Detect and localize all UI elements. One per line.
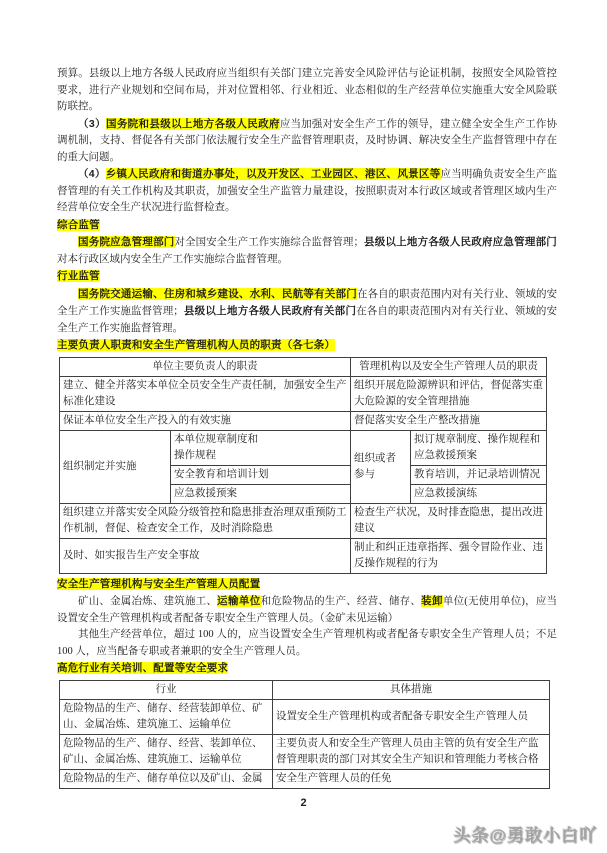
table-cell: 危险物品的生产、储存、经营、装卸单位、矿山、金属冶炼、建筑施工、运输单位 bbox=[60, 734, 273, 769]
highlighted-text-run: 国务院和县级以上地方各级人民政府 bbox=[106, 118, 280, 130]
section-heading: 高危行业有关培训、配置等安全要求 bbox=[57, 660, 557, 678]
duties-table: 单位主要负责人的职责管理机构以及安全生产管理人员的职责建立、健全并落实本单位全员… bbox=[59, 357, 547, 574]
table-cell: 教育培训，并记录培训情况 bbox=[411, 465, 547, 484]
highlighted-text-run: 安全生产管理机构与安全生产管理人员配置 bbox=[57, 578, 260, 590]
table-cell: 制止和纠正违章指挥、强令冒险作业、违反操作规程的行为 bbox=[351, 538, 547, 573]
table-cell: 应急救援演练 bbox=[411, 484, 547, 503]
paragraph: （4）乡镇人民政府和街道办事处，以及开发区、工业园区、港区、风景区等应当明确负责… bbox=[57, 166, 557, 217]
table-header-cell: 单位主要负责人的职责 bbox=[60, 357, 351, 376]
table-row: 及时、如实报告生产安全事故制止和纠正违章指挥、强令冒险作业、违反操作规程的行为 bbox=[60, 538, 547, 573]
table-row: 建立、健全并落实本单位全员安全生产责任制，加强安全生产标准化建设组织开展危险源辨… bbox=[60, 376, 547, 411]
table-header-cell: 行业 bbox=[60, 680, 273, 699]
paragraph: 其他生产经营单位，超过 100 人的，应当设置安全生产管理机构或者配备专职安全生… bbox=[57, 627, 557, 660]
highlighted-text-run: 高危行业有关培训、配置等安全要求 bbox=[57, 662, 228, 674]
high-risk-table: 行业具体措施危险物品的生产、储存、经营装卸单位、矿山、金属冶炼、建筑施工、运输单… bbox=[59, 680, 550, 789]
table-cell: 安全生产管理人员的任免 bbox=[273, 769, 550, 788]
table-cell: 安全教育和培训计划 bbox=[171, 465, 351, 484]
bold-text-run: 县级以上地方各级人民政府应急管理部门 bbox=[364, 236, 557, 248]
paragraph: 国务院应急管理部门对全国安全生产工作实施综合监督管理；县级以上地方各级人民政府应… bbox=[57, 234, 557, 268]
table-cell: 建立、健全并落实本单位全员安全生产责任制，加强安全生产标准化建设 bbox=[60, 376, 351, 411]
page-number: 2 bbox=[0, 797, 607, 809]
paragraph: 国务院交通运输、住房和城乡建设、水利、民航等有关部门在各自的职责范围内对有关行业… bbox=[57, 286, 557, 338]
table-row: 组织建立并落实安全风险分级管控和隐患排查治理双重预防工作机制，督促、检查安全工作… bbox=[60, 503, 547, 538]
table-cell: 组织制定并实施 bbox=[60, 430, 171, 503]
duties-table-wrap: 单位主要负责人的职责管理机构以及安全生产管理人员的职责建立、健全并落实本单位全员… bbox=[59, 357, 557, 574]
table-row: 危险物品的生产、储存单位以及矿山、金属安全生产管理人员的任免 bbox=[60, 769, 550, 788]
section-heading: 安全生产管理机构与安全生产管理人员配置 bbox=[57, 576, 557, 594]
bold-text-run: （3） bbox=[78, 118, 106, 130]
highlighted-text-run: 国务院交通运输、住房和城乡建设、水利、民航等有关部门 bbox=[78, 288, 357, 300]
table-cell: 检查生产状况，及时排查隐患，提出改进建议 bbox=[351, 503, 547, 538]
table-cell: 组织建立并落实安全风险分级管控和隐患排查治理双重预防工作机制，督促、检查安全工作… bbox=[60, 503, 351, 538]
watermark-text: 头条@勇敢小白吖 bbox=[453, 821, 597, 846]
document-page: 预算。县级以上地方各级人民政府应当组织有关部门建立完善安全风险评估与论证机制，按… bbox=[0, 0, 607, 853]
high-risk-table-wrap: 行业具体措施危险物品的生产、储存、经营装卸单位、矿山、金属冶炼、建筑施工、运输单… bbox=[59, 680, 557, 789]
table-row: 保证本单位安全生产投入的有效实施督促落实安全生产整改措施 bbox=[60, 411, 547, 430]
table-header-cell: 具体措施 bbox=[273, 680, 550, 699]
paragraph: 预算。县级以上地方各级人民政府应当组织有关部门建立完善安全风险评估与论证机制，按… bbox=[57, 66, 557, 116]
table-cell: 本单位规章制度和 操作规程 bbox=[171, 430, 351, 465]
table-cell: 主要负责人和安全生产管理人员由主管的负有安全生产监督管理职责的部门对其安全生产知… bbox=[273, 734, 550, 769]
section-heading: 主要负责人职责和安全生产管理机构人员的职责（各七条） bbox=[57, 337, 557, 355]
highlighted-text-run: 行业监管 bbox=[57, 270, 100, 282]
table-cell: 危险物品的生产、储存、经营装卸单位、矿山、金属冶炼、建筑施工、运输单位 bbox=[60, 699, 273, 734]
table-cell: 督促落实安全生产整改措施 bbox=[351, 411, 547, 430]
table-cell: 应急救援预案 bbox=[171, 484, 351, 503]
paragraph: （3）国务院和县级以上地方各级人民政府应当加强对安全生产工作的领导，建立健全安全… bbox=[57, 116, 557, 167]
highlighted-text-run: 运输单位 bbox=[217, 595, 261, 607]
highlighted-text-run: 主要负责人职责和安全生产管理机构人员的职责（各七条） bbox=[57, 339, 335, 351]
table-cell: 保证本单位安全生产投入的有效实施 bbox=[60, 411, 351, 430]
table-cell: 组织开展危险源辨识和评估，督促落实重大危险源的安全管理措施 bbox=[351, 376, 547, 411]
table-row: 组织制定并实施本单位规章制度和 操作规程组织或者 参与拟订规章制度、操作规程和应… bbox=[60, 430, 547, 465]
table-cell: 组织或者 参与 bbox=[351, 430, 411, 503]
text-run: 矿山、金属冶炼、建筑施工、 bbox=[78, 596, 217, 607]
paragraph: 矿山、金属冶炼、建筑施工、运输单位和危险物品的生产、经营、储存、装卸单位(无使用… bbox=[57, 593, 557, 627]
highlighted-text-run: 装卸 bbox=[421, 595, 443, 607]
highlighted-text-run: 综合监管 bbox=[57, 219, 100, 231]
bold-text-run: （4） bbox=[78, 168, 106, 180]
table-row: 行业具体措施 bbox=[60, 680, 550, 699]
text-run: 对本行政区域内安全生产工作实施综合监督管理。 bbox=[57, 254, 288, 265]
text-run: 对全国安全生产工作实施综合监督管理； bbox=[175, 237, 364, 248]
table-row: 危险物品的生产、储存、经营、装卸单位、矿山、金属冶炼、建筑施工、运输单位主要负责… bbox=[60, 734, 550, 769]
document-content: 预算。县级以上地方各级人民政府应当组织有关部门建立完善安全风险评估与论证机制，按… bbox=[57, 66, 557, 791]
text-run: 其他生产经营单位，超过 100 人的，应当设置安全生产管理机构或者配备专职安全生… bbox=[57, 629, 557, 657]
section-heading: 综合监管 bbox=[57, 217, 557, 235]
text-run: 和危险物品的生产、经营、储存、 bbox=[261, 596, 421, 607]
highlighted-text-run: 国务院应急管理部门 bbox=[78, 236, 175, 248]
table-row: 单位主要负责人的职责管理机构以及安全生产管理人员的职责 bbox=[60, 357, 547, 376]
table-cell: 及时、如实报告生产安全事故 bbox=[60, 538, 351, 573]
highlighted-text-run: 乡镇人民政府和街道办事处，以及开发区、工业园区、港区、风景区等 bbox=[106, 168, 441, 180]
table-header-cell: 管理机构以及安全生产管理人员的职责 bbox=[351, 357, 547, 376]
section-heading: 行业监管 bbox=[57, 268, 557, 286]
text-run: 预算。县级以上地方各级人民政府应当组织有关部门建立完善安全风险评估与论证机制，按… bbox=[57, 68, 557, 112]
table-cell: 危险物品的生产、储存单位以及矿山、金属 bbox=[60, 769, 273, 788]
table-row: 危险物品的生产、储存、经营装卸单位、矿山、金属冶炼、建筑施工、运输单位设置安全生… bbox=[60, 699, 550, 734]
table-cell: 拟订规章制度、操作规程和应急救援预案 bbox=[411, 430, 547, 465]
table-cell: 设置安全生产管理机构或者配备专职安全生产管理人员 bbox=[273, 699, 550, 734]
bold-text-run: 县级以上地方各级人民政府有关部门 bbox=[184, 305, 356, 317]
